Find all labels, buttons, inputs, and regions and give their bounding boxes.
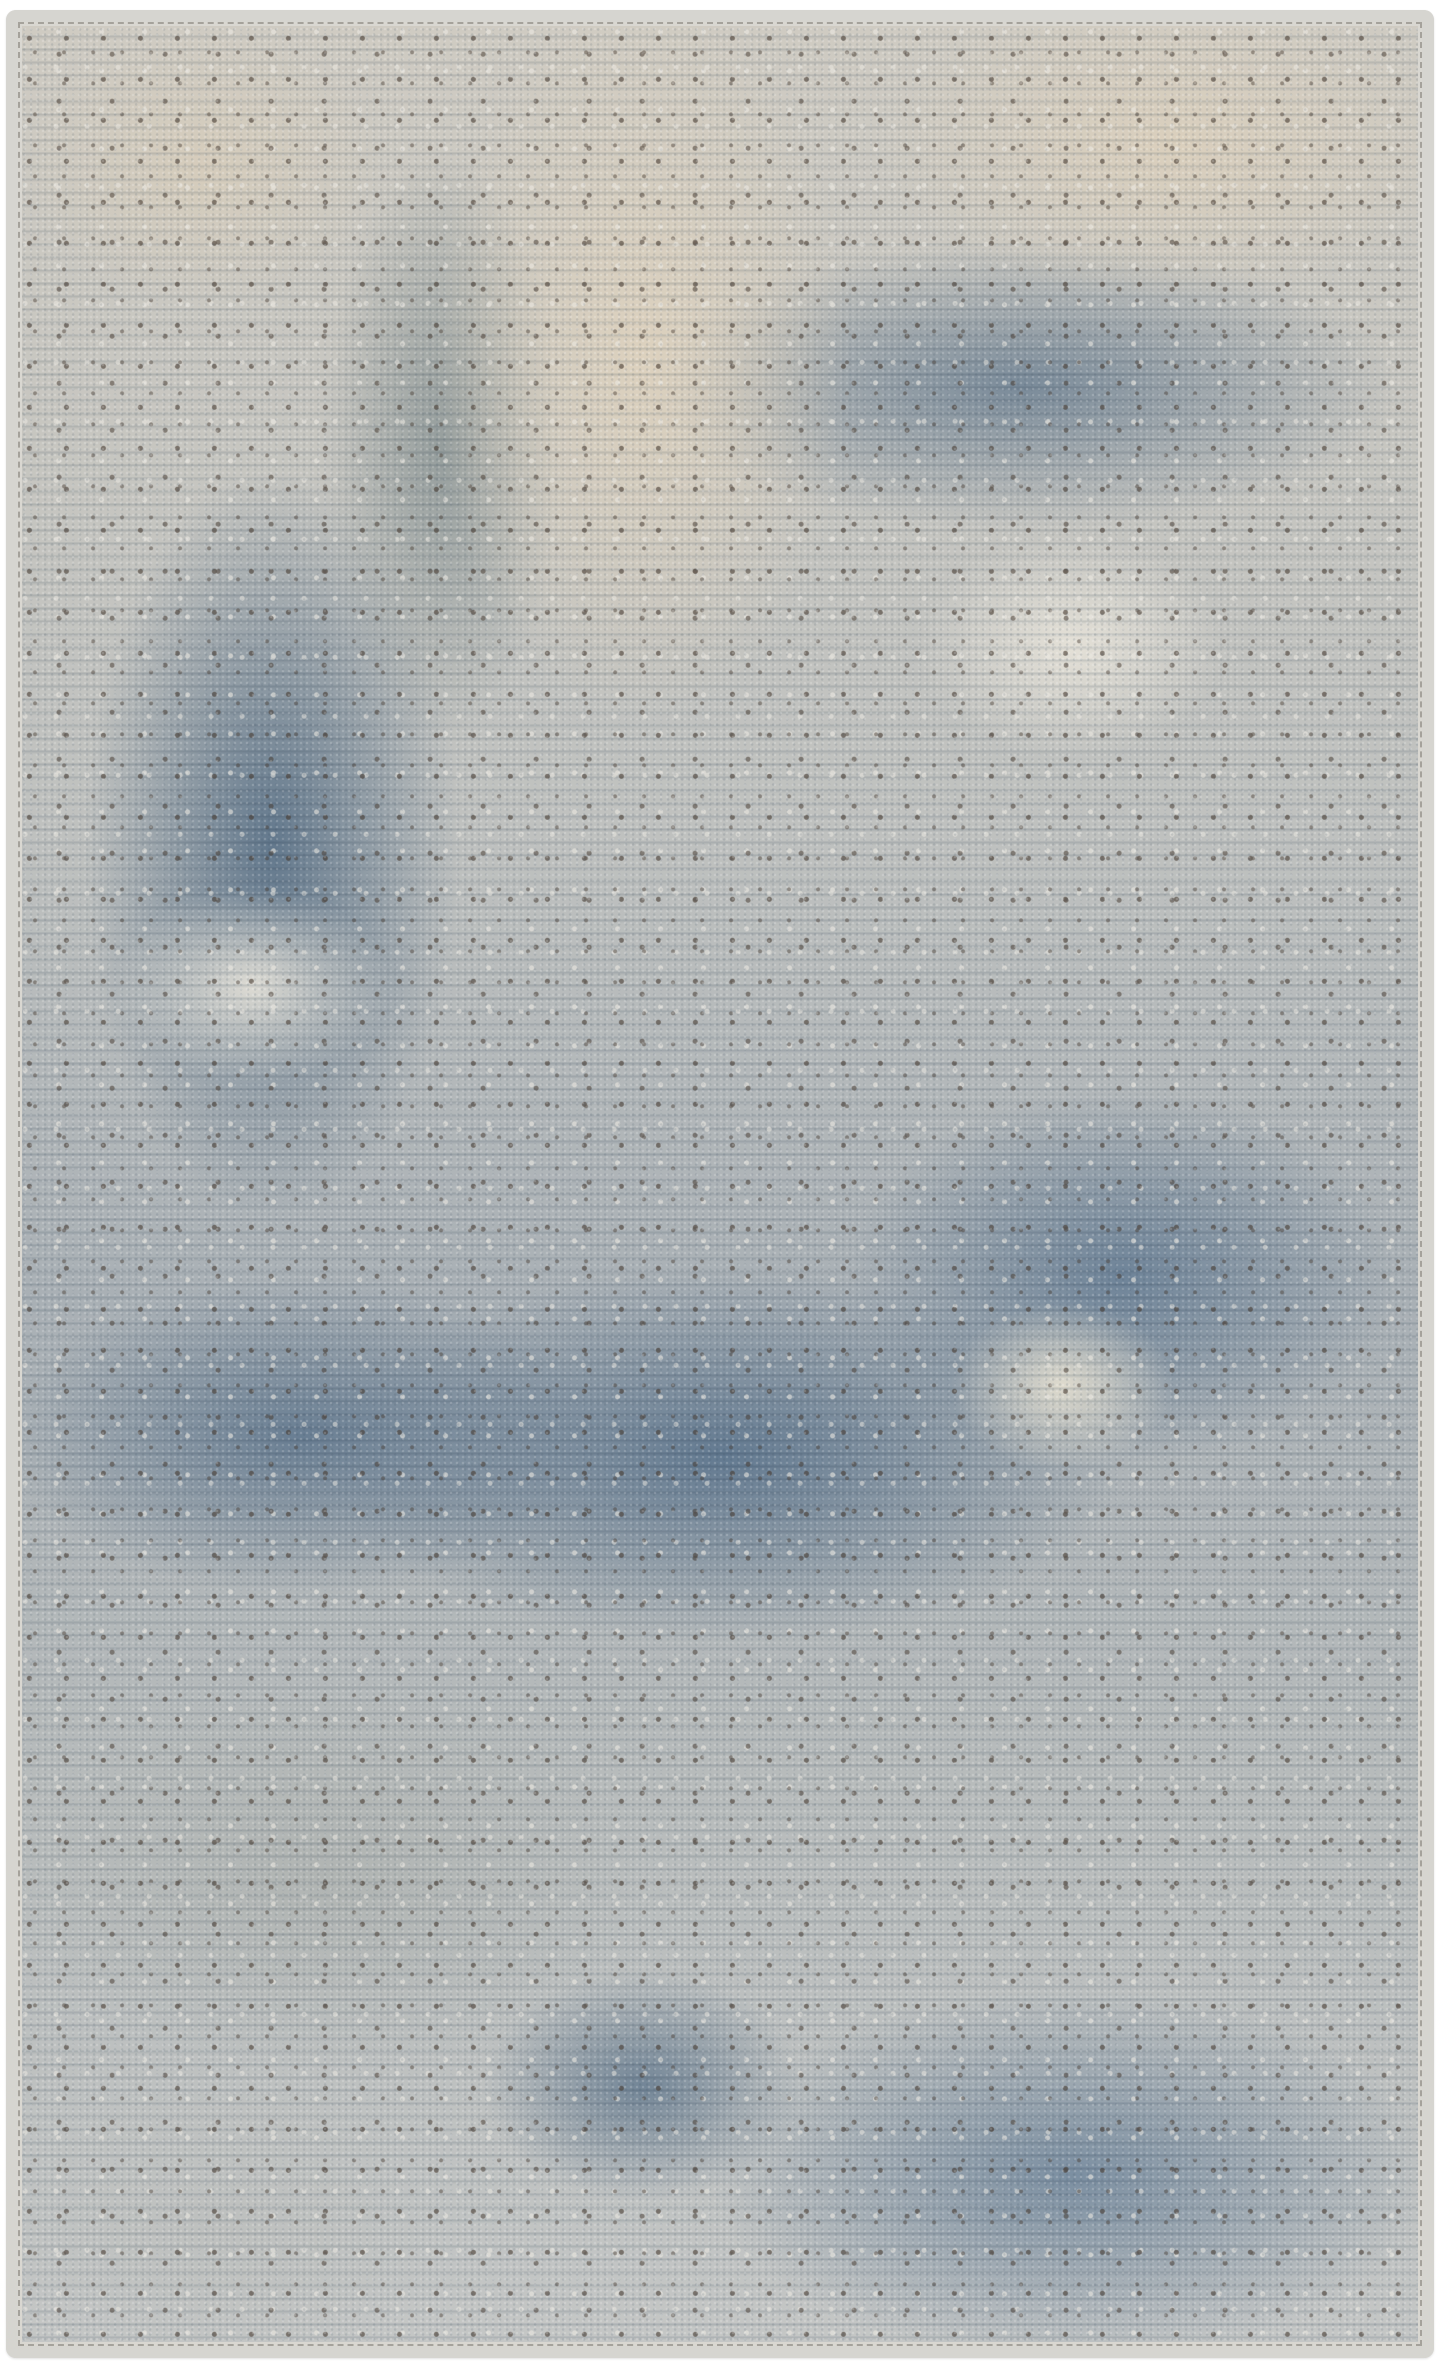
- rug-pile-texture: [22, 26, 1418, 2342]
- rug-pattern-field: [22, 26, 1418, 2342]
- area-rug: [6, 10, 1434, 2358]
- product-photo: [0, 0, 1445, 2373]
